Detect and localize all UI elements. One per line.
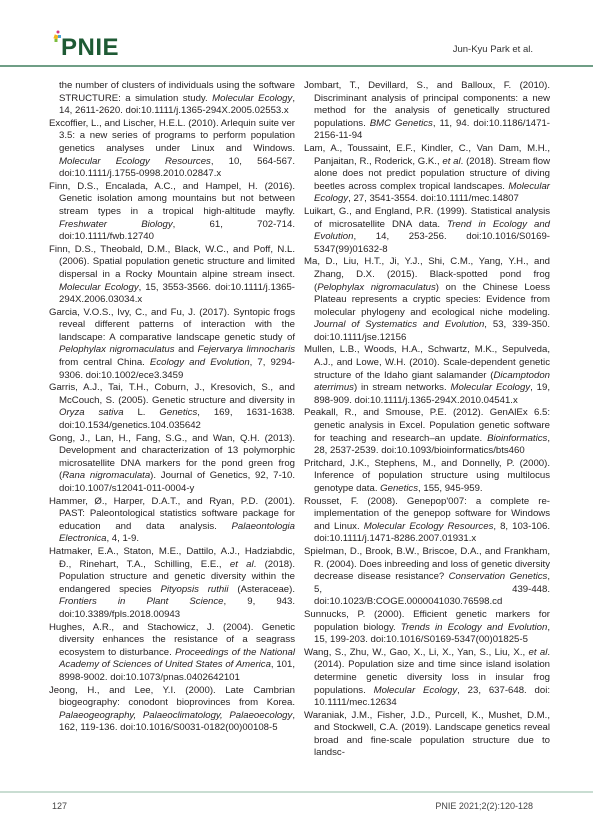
page-header: PNIE Jun-Kyu Park et al. <box>0 0 593 66</box>
reference-text: Finn, D.S., Encalada, A.C., and Hampel, … <box>49 181 295 217</box>
reference-entry: Garris, A.J., Tai, T.H., Coburn, J., Kre… <box>49 382 295 432</box>
reference-italic-text: Molecular Ecology Resources <box>59 156 211 167</box>
reference-entry: Spielman, D., Brook, B.W., Briscoe, D.A.… <box>304 546 550 609</box>
reference-entry: Pritchard, J.K., Stephens, M., and Donne… <box>304 458 550 496</box>
reference-text: from central China. <box>59 357 150 368</box>
reference-italic-text: et al <box>442 156 460 167</box>
reference-italic-text: Molecular Ecology <box>451 382 531 393</box>
reference-italic-text: Molecular Ecology Resources <box>364 521 494 532</box>
reference-text: , 155, 945-959. <box>418 483 483 494</box>
journal-citation: PNIE 2021;2(2):120-128 <box>435 801 533 811</box>
reference-italic-text: BMC Genetics <box>370 118 433 129</box>
reference-text: , 27, 3541-3554. doi:10.1111/mec.14807 <box>348 193 519 204</box>
reference-entry: Luikart, G., and England, P.R. (1999). S… <box>304 206 550 256</box>
reference-entry: Wang, S., Zhu, W., Gao, X., Li, X., Yan,… <box>304 647 550 710</box>
reference-italic-text: Journal of Systematics and Evolution <box>314 319 484 330</box>
reference-italic-text: Oryza sativa <box>59 407 124 418</box>
reference-italic-text: Molecular Ecology <box>59 282 139 293</box>
reference-text: Garcia, V.O.S., Ivy, C., and Fu, J. (201… <box>49 307 295 343</box>
reference-italic-text: Pelophylax nigromaculatus <box>59 344 175 355</box>
running-head-authors: Jun-Kyu Park et al. <box>453 44 533 55</box>
footer-rule <box>0 791 593 793</box>
reference-italic-text: Molecular Ecology <box>212 93 292 104</box>
logo-text: PNIE <box>61 34 119 62</box>
reference-text: Jeong, H., and Lee, Y.I. (2000). Late Ca… <box>49 685 295 709</box>
reference-text: (Asteraceae). <box>229 584 295 595</box>
reference-italic-text: et al <box>230 559 254 570</box>
reference-italic-text: Pityopsis ruthii <box>160 584 228 595</box>
reference-text: Garris, A.J., Tai, T.H., Coburn, J., Kre… <box>49 382 295 406</box>
header-rule <box>0 65 593 67</box>
reference-entry: Rousset, F. (2008). Genepop'007: a compl… <box>304 496 550 546</box>
reference-italic-text: Frontiers in Plant Science <box>59 596 224 607</box>
reference-text: , 4, 1-9. <box>106 533 139 544</box>
reference-italic-text: Conservation Genetics <box>449 571 548 582</box>
reference-italic-text: Genetics <box>159 407 197 418</box>
reference-text: Waraniak, J.M., Fisher, J.D., Purcell, K… <box>304 710 550 759</box>
reference-entry: Waraniak, J.M., Fisher, J.D., Purcell, K… <box>304 710 550 760</box>
page-number: 127 <box>52 801 67 811</box>
reference-italic-text: Ecology and Evolution <box>150 357 250 368</box>
reference-text: and <box>175 344 198 355</box>
reference-italic-text: Rana nigromaculata <box>62 470 150 481</box>
reference-entry: Gong, J., Lan, H., Fang, S.G., and Wan, … <box>49 433 295 496</box>
reference-entry: Garcia, V.O.S., Ivy, C., and Fu, J. (201… <box>49 307 295 383</box>
reference-italic-text: Freshwater Biology <box>59 219 173 230</box>
references-left-column: the number of clusters of individuals us… <box>49 80 295 735</box>
reference-italic-text: Trends in Ecology and Evolution <box>401 622 548 633</box>
reference-entry: Finn, D.S., Theobald, D.M., Black, W.C.,… <box>49 244 295 307</box>
reference-italic-text: Palaeogeography, Palaeoclimatology, Pala… <box>59 710 292 721</box>
reference-italic-text: Molecular Ecology <box>374 685 458 696</box>
reference-entry: Excoffier, L., and Lischer, H.E.L. (2010… <box>49 118 295 181</box>
reference-text: Finn, D.S., Theobald, D.M., Black, W.C.,… <box>49 244 295 280</box>
reference-entry: Sunnucks, P. (2000). Efficient genetic m… <box>304 609 550 647</box>
reference-entry: the number of clusters of individuals us… <box>49 80 295 118</box>
reference-entry: Finn, D.S., Encalada, A.C., and Hampel, … <box>49 181 295 244</box>
reference-entry: Ma, D., Liu, H.T., Ji, Y.J., Shi, C.M., … <box>304 256 550 344</box>
reference-text: L. <box>124 407 160 418</box>
reference-italic-text: Pelophylax nigromaculatus <box>317 282 436 293</box>
reference-text: Excoffier, L., and Lischer, H.E.L. (2010… <box>49 118 295 154</box>
reference-text: Wang, S., Zhu, W., Gao, X., Li, X., Yan,… <box>304 647 529 658</box>
reference-entry: Hammer, Ø., Harper, D.A.T., and Ryan, P.… <box>49 496 295 546</box>
reference-entry: Lam, A., Toussaint, E.F., Kindler, C., V… <box>304 143 550 206</box>
reference-entry: Jeong, H., and Lee, Y.I. (2000). Late Ca… <box>49 685 295 735</box>
reference-italic-text: Bioinformatics <box>487 433 547 444</box>
reference-entry: Hughes, A.R., and Stachowicz, J. (2004).… <box>49 622 295 685</box>
references-right-column: Jombart, T., Devillard, S., and Balloux,… <box>304 80 550 760</box>
reference-entry: Jombart, T., Devillard, S., and Balloux,… <box>304 80 550 143</box>
reference-italic-text: et al <box>529 647 548 658</box>
reference-entry: Hatmaker, E.A., Staton, M.E., Dattilo, A… <box>49 546 295 622</box>
reference-entry: Mullen, L.B., Woods, H.A., Schwartz, M.K… <box>304 344 550 407</box>
reference-text: ) in stream networks. <box>354 382 451 393</box>
reference-italic-text: Fejervarya limnocharis <box>198 344 295 355</box>
reference-entry: Peakall, R., and Smouse, P.E. (2012). Ge… <box>304 407 550 457</box>
reference-italic-text: Genetics <box>380 483 418 494</box>
